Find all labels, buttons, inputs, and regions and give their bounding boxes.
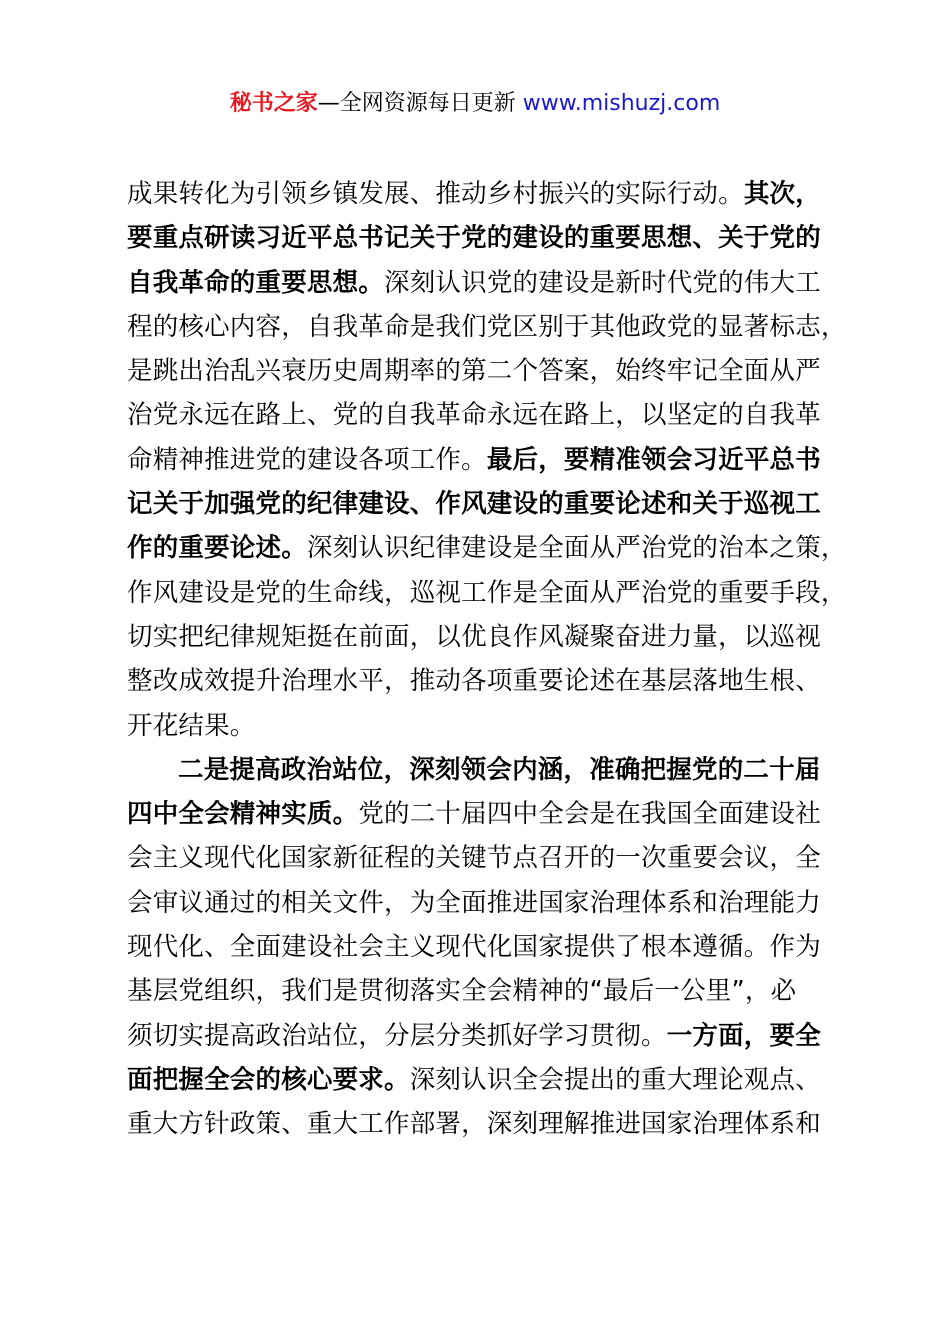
text-line: 面把握全会的核心要求。深刻认识全会提出的重大理论观点、 [127,1058,867,1102]
text-line: 开花结果。 [127,704,867,748]
text-segment: 深刻认识党的建设是新时代党的伟大工 [384,268,821,298]
text-segment: 成果转化为引领乡镇发展、推动乡村振兴的实际行动。 [127,179,744,209]
text-segment: 党的二十届四中全会是在我国全面建设社 [358,799,821,829]
text-segment: 深刻认识纪律建设是全面从严治党的治本之策， [307,533,847,563]
bold-text-segment: 面把握全会的核心要求。 [127,1065,410,1095]
text-line: 成果转化为引领乡镇发展、推动乡村振兴的实际行动。其次， [127,172,867,216]
text-line: 切实把纪律规矩挺在前面，以优良作风凝聚奋进力量，以巡视 [127,615,867,659]
text-line: 会主义现代化国家新征程的关键节点召开的一次重要会议，全 [127,836,867,880]
text-line: 二是提高政治站位，深刻领会内涵，准确把握党的二十届 [127,748,867,792]
website-link[interactable]: www.mishuzj.com [523,91,720,116]
bold-text-segment: 二是提高政治站位，深刻领会内涵，准确把握党的二十届 [178,755,821,785]
bold-text-segment: 其次， [744,179,821,209]
bold-text-segment: 记关于加强党的纪律建设、作风建设的重要论述和关于巡视工 [127,489,821,519]
text-line: 基层党组织，我们是贯彻落实全会精神的“最后一公里”，必 [127,969,867,1013]
text-segment: 治党永远在路上、党的自我革命永远在路上，以坚定的自我革 [127,400,821,430]
text-segment: 现代化、全面建设社会主义现代化国家提供了根本遵循。作为 [127,932,821,962]
text-segment: 作风建设是党的生命线，巡视工作是全面从严治党的重要手段， [127,578,847,608]
text-line: 治党永远在路上、党的自我革命永远在路上，以坚定的自我革 [127,393,867,437]
text-line: 须切实提高政治站位，分层分类抓好学习贯彻。一方面，要全 [127,1014,867,1058]
text-segment: 重大方针政策、重大工作部署，深刻理解推进国家治理体系和 [127,1109,821,1139]
bold-text-segment: 四中全会精神实质。 [127,799,358,829]
text-line: 记关于加强党的纪律建设、作风建设的重要论述和关于巡视工 [127,482,867,526]
document-body: 成果转化为引领乡镇发展、推动乡村振兴的实际行动。其次，要重点研读习近平总书记关于… [127,172,867,1147]
text-line: 程的核心内容，自我革命是我们党区别于其他政党的显著标志， [127,305,867,349]
bold-text-segment: 要重点研读习近平总书记关于党的建设的重要思想、关于党的 [127,223,821,253]
watermark-header: 秘书之家—全网资源每日更新 www.mishuzj.com [0,88,950,120]
text-segment: 命精神推进党的建设各项工作。 [127,445,487,475]
text-segment: 深刻认识全会提出的重大理论观点、 [410,1065,821,1095]
text-segment: 是跳出治乱兴衰历史周期率的第二个答案，始终牢记全面从严 [127,356,821,386]
text-line: 要重点研读习近平总书记关于党的建设的重要思想、关于党的 [127,216,867,260]
text-segment: 须切实提高政治站位，分层分类抓好学习贯彻。 [127,1021,667,1051]
text-line: 自我革命的重要思想。深刻认识党的建设是新时代党的伟大工 [127,261,867,305]
text-line: 四中全会精神实质。党的二十届四中全会是在我国全面建设社 [127,792,867,836]
text-line: 是跳出治乱兴衰历史周期率的第二个答案，始终牢记全面从严 [127,349,867,393]
text-segment: 会审议通过的相关文件，为全面推进国家治理体系和治理能力 [127,888,821,918]
text-segment: 程的核心内容，自我革命是我们党区别于其他政党的显著标志， [127,312,847,342]
text-line: 重大方针政策、重大工作部署，深刻理解推进国家治理体系和 [127,1102,867,1146]
text-segment: 开花结果。 [127,711,256,741]
text-line: 整改成效提升治理水平，推动各项重要论述在基层落地生根、 [127,659,867,703]
text-line: 作风建设是党的生命线，巡视工作是全面从严治党的重要手段， [127,571,867,615]
bold-text-segment: 一方面，要全 [667,1021,821,1051]
text-line: 命精神推进党的建设各项工作。最后，要精准领会习近平总书 [127,438,867,482]
text-segment: 切实把纪律规矩挺在前面，以优良作风凝聚奋进力量，以巡视 [127,622,821,652]
bold-text-segment: 自我革命的重要思想。 [127,268,384,298]
text-line: 作的重要论述。深刻认识纪律建设是全面从严治党的治本之策， [127,526,867,570]
text-segment: 基层党组织，我们是贯彻落实全会精神的“最后一公里”，必 [127,976,796,1006]
brand-name: 秘书之家 [230,91,318,116]
bold-text-segment: 最后，要精准领会习近平总书 [487,445,821,475]
header-slogan: —全网资源每日更新 [318,91,523,116]
text-segment: 会主义现代化国家新征程的关键节点召开的一次重要会议，全 [127,843,821,873]
text-line: 现代化、全面建设社会主义现代化国家提供了根本遵循。作为 [127,925,867,969]
bold-text-segment: 作的重要论述。 [127,533,307,563]
text-segment: 整改成效提升治理水平，推动各项重要论述在基层落地生根、 [127,666,821,696]
text-line: 会审议通过的相关文件，为全面推进国家治理体系和治理能力 [127,881,867,925]
